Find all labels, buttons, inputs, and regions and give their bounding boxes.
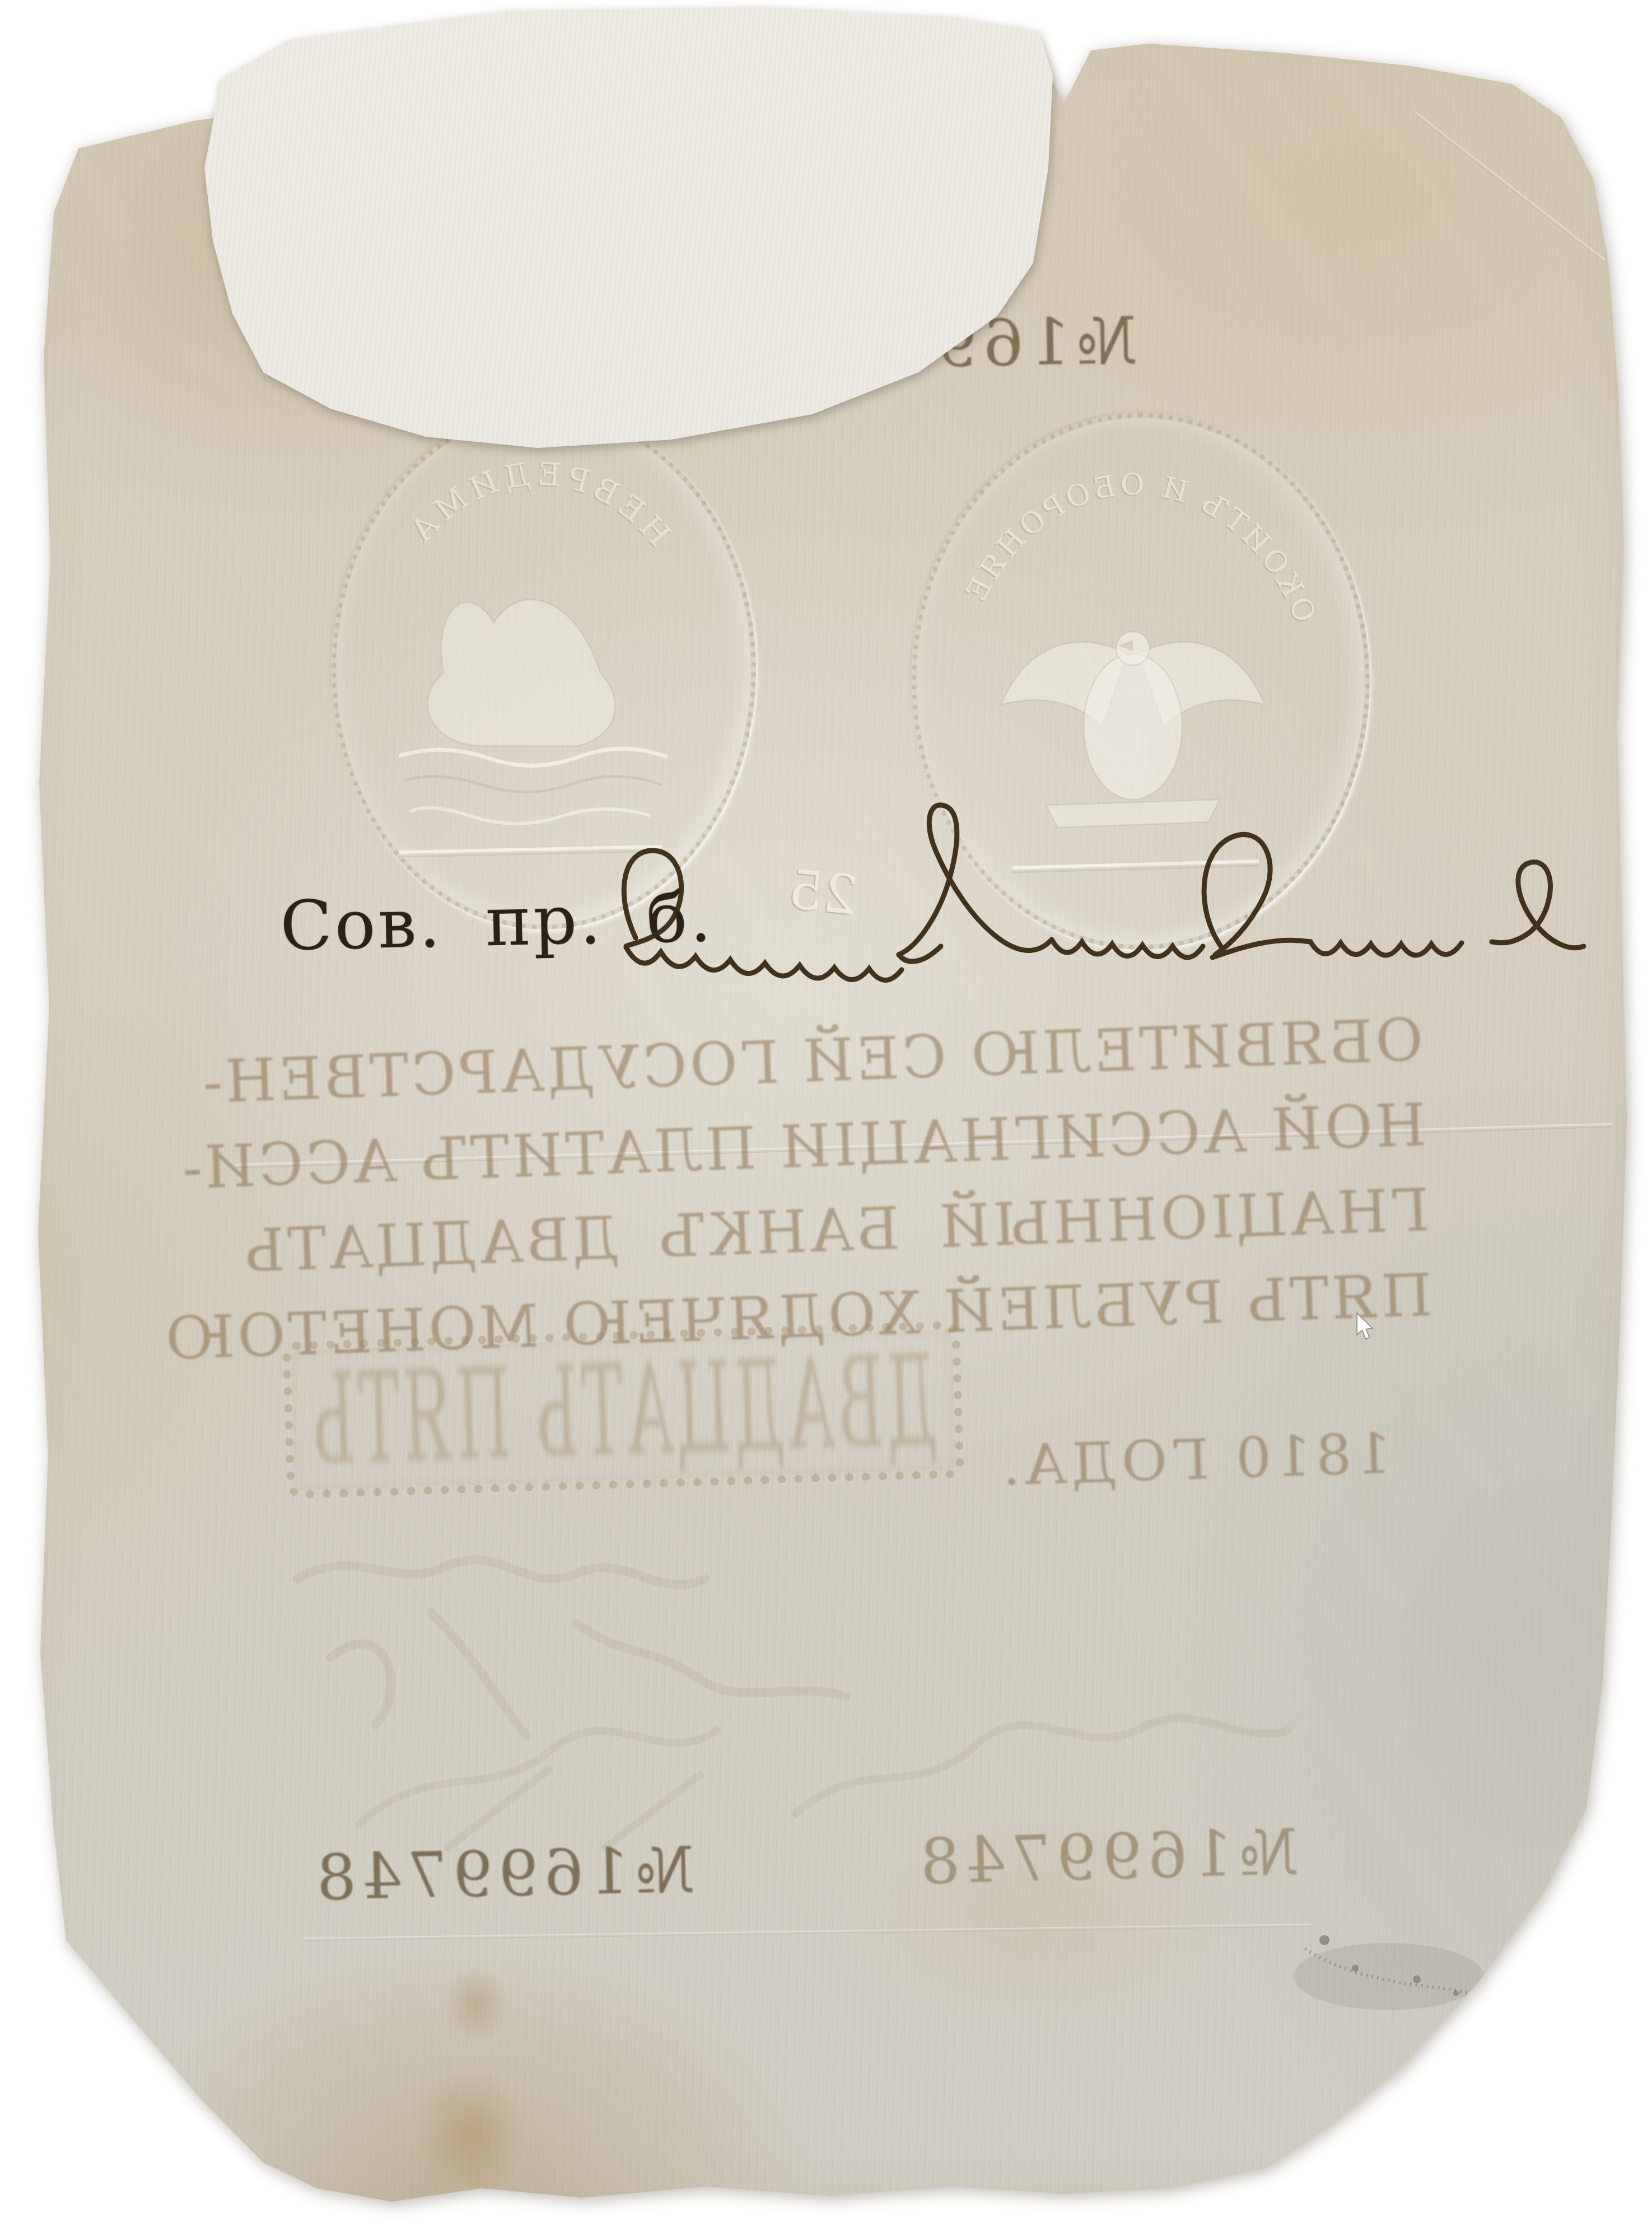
tape-fragment-shadow bbox=[0, 0, 1652, 2224]
tape-fragment bbox=[0, 0, 1652, 2224]
mouse-cursor-icon bbox=[1355, 1312, 1375, 1342]
scan-background: №1699748 НЕВРЕДИМА НЕВРЕДИМА bbox=[0, 0, 1652, 2224]
